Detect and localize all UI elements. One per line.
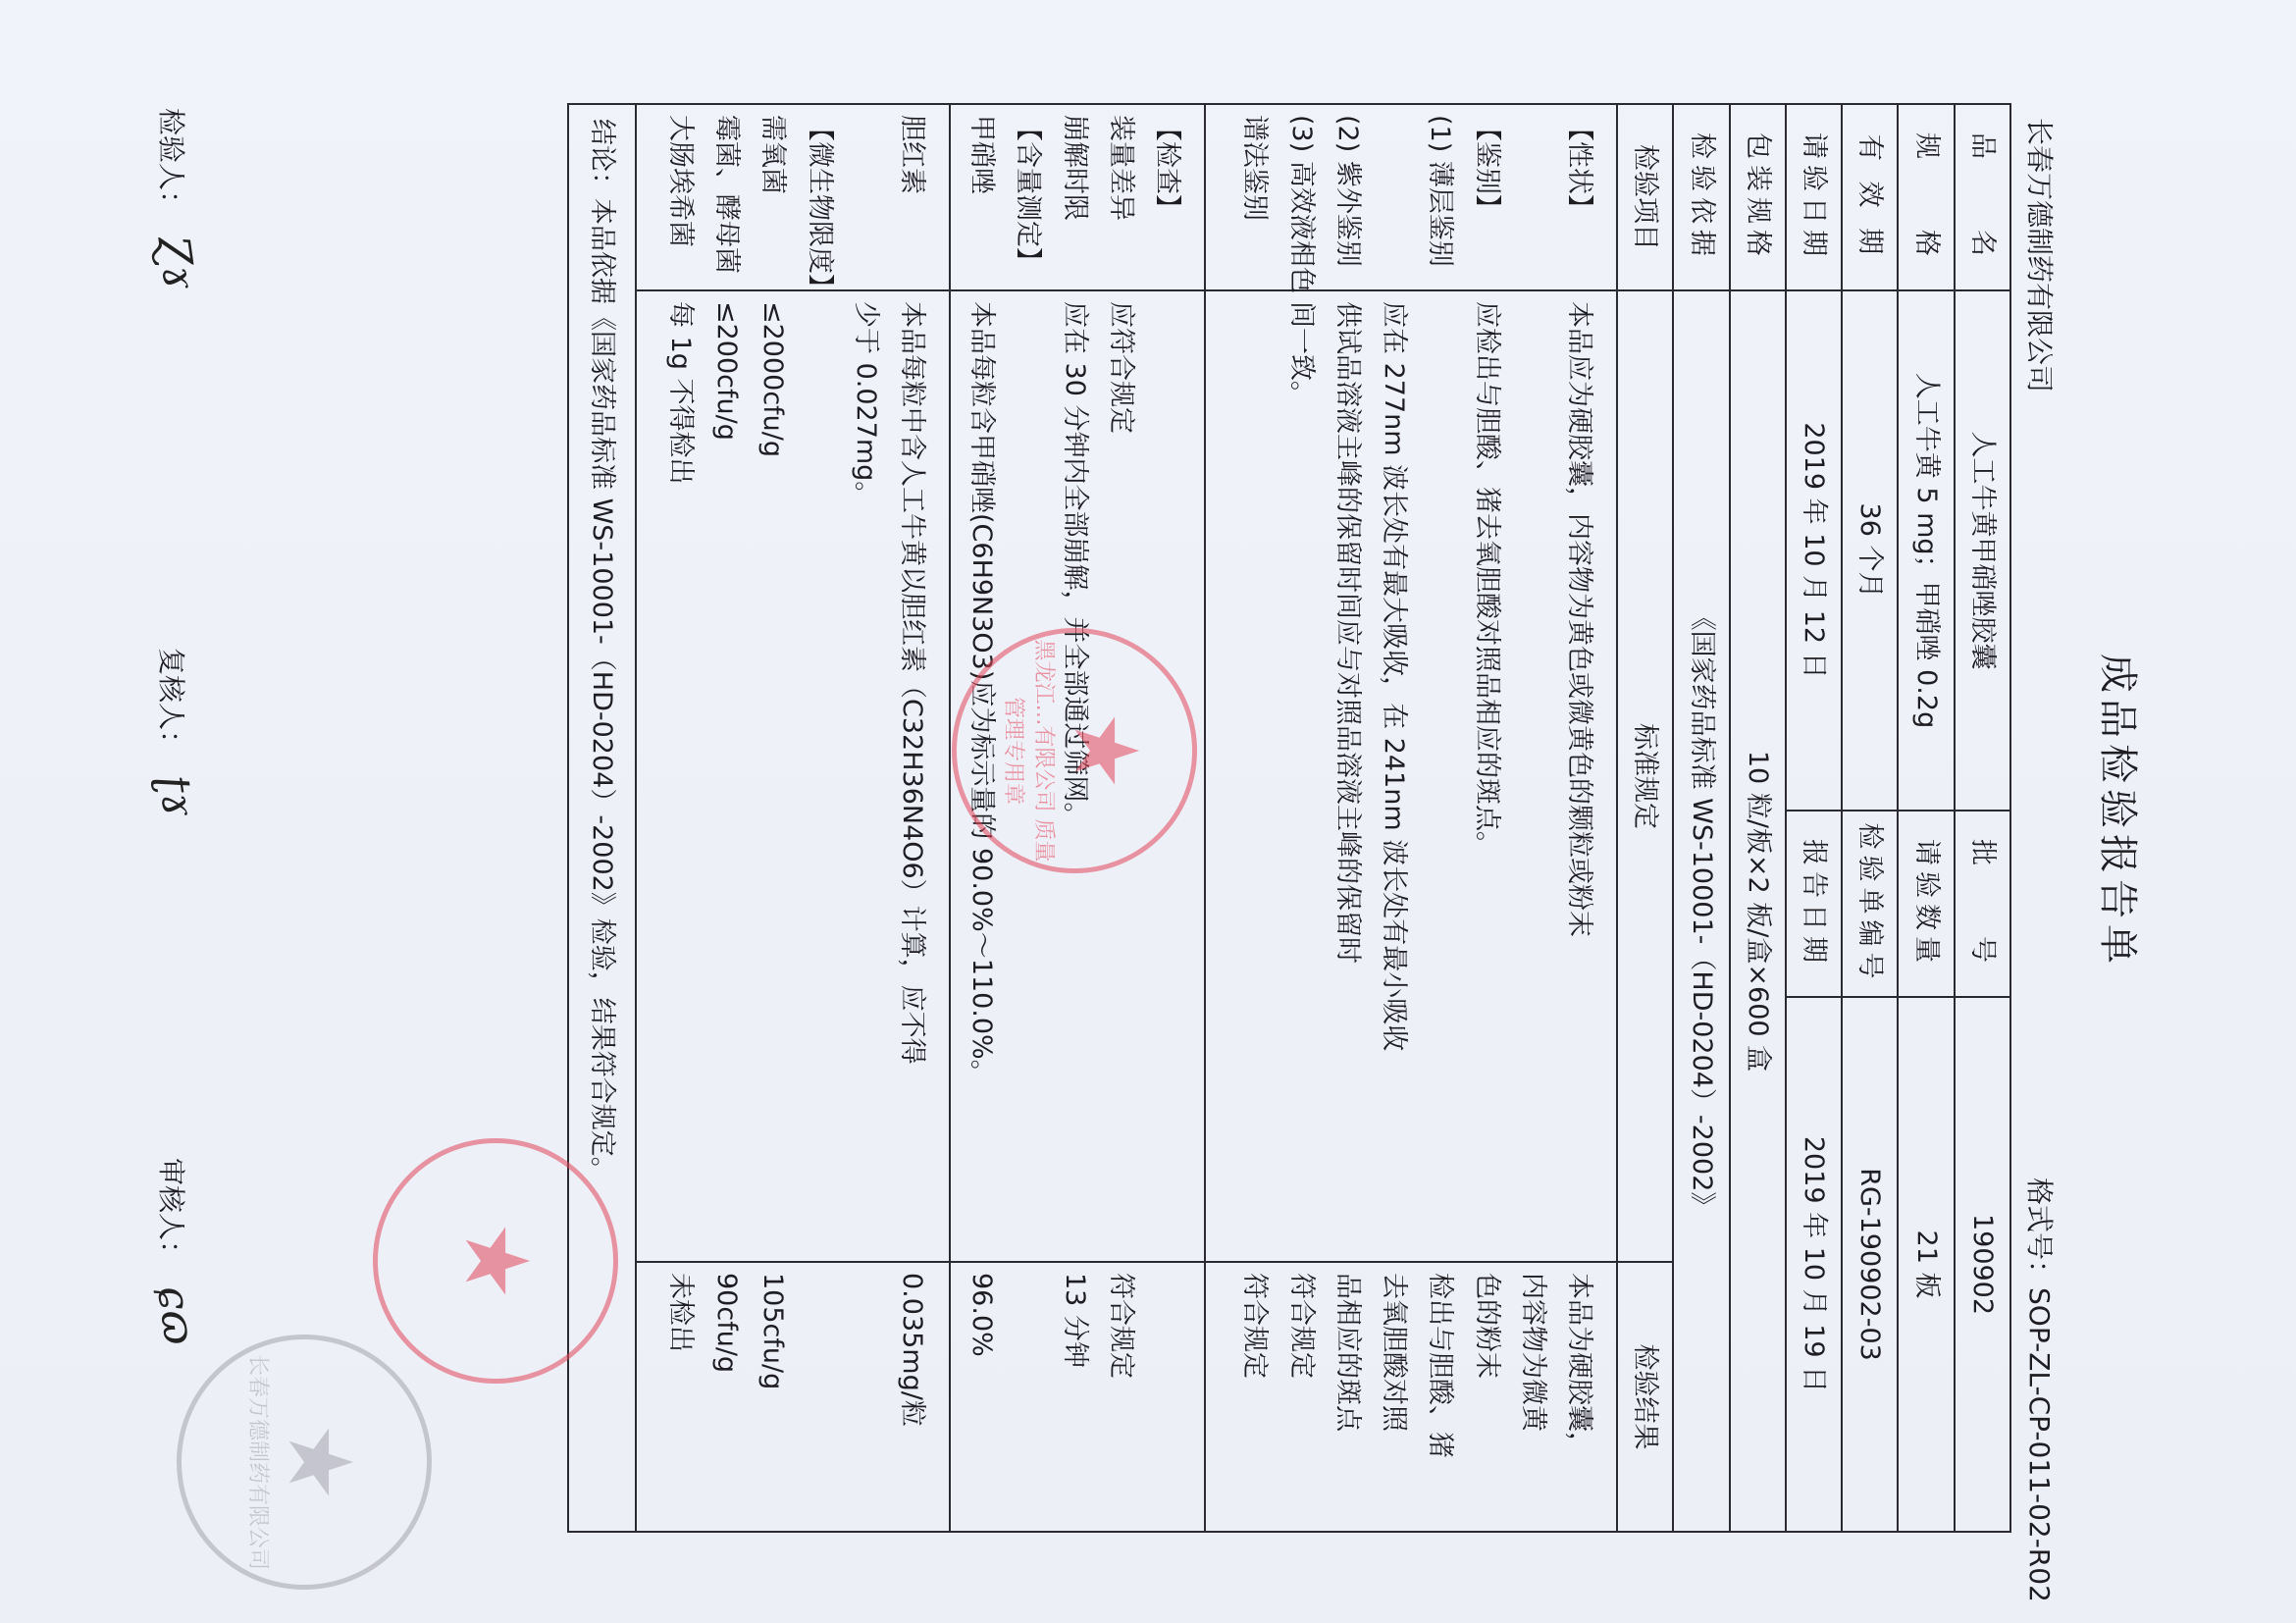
label-request-date: 请验日期 <box>1786 104 1842 290</box>
result-line: 0.035mg/粒 <box>889 1273 935 1521</box>
row-basis: 检验依据 《国家药品标准 WS-10001-（HD-0204）-2002》 <box>1674 104 1730 1532</box>
inspection-report-table: 品 名 人工牛黄甲硝唑胶囊 批 号 190902 规 格 人工牛黄 5 mg；甲… <box>567 103 2011 1533</box>
approver-handwritten-signature: ɕɷ <box>147 1283 205 1348</box>
standard-line: ≤200cfu/g <box>704 301 750 1251</box>
standard-line <box>1510 301 1556 1251</box>
test-item: 【检查】 <box>1144 115 1190 280</box>
result-line: 符合规定 <box>1278 1273 1325 1521</box>
standard-line: 应在 277nm 波长处有最大吸收，在 241nm 波长处有最小吸收 <box>1371 301 1417 1251</box>
test-item: 【性状】 <box>1556 115 1602 280</box>
test-item: 【微生物限度】 <box>797 115 843 280</box>
result-line: 品相应的斑点 <box>1325 1273 1371 1521</box>
section-row: 胆红素 【微生物限度】需氧菌霉菌、酵母菌大肠埃希菌 本品每粒中含人工牛黄以胆红素… <box>636 104 950 1532</box>
section-standards: 本品每粒中含人工牛黄以胆红素（C32H36N4O6）计算，应不得少于 0.027… <box>636 290 950 1262</box>
result-line: 本品为硬胶囊， <box>1556 1273 1602 1521</box>
test-item: 装量差异 <box>1098 115 1144 280</box>
standard-line <box>797 301 843 1251</box>
section-standards: 本品应为硬胶囊，内容物为黄色或微黄色的颗粒或粉末 应检出与胆酸、猪去氧胆酸对照品… <box>1205 290 1617 1262</box>
standard-line: 应检出与胆酸、猪去氧胆酸对照品相应的斑点。 <box>1464 301 1510 1251</box>
reviewer-signature: 复核人：ʈɤ <box>151 648 201 817</box>
standard-line: ≤2000cfu/g <box>750 301 796 1251</box>
section-results: 本品为硬胶囊，内容物为微黄色的粉末检出与胆酸、猪去氧胆酸对照品相应的斑点符合规定… <box>1205 1262 1617 1532</box>
result-line: 检出与胆酸、猪 <box>1417 1273 1463 1521</box>
form-number-label: 格式号： <box>2023 1178 2056 1287</box>
label-packaging: 包装规格 <box>1730 104 1786 290</box>
standard-line <box>1005 301 1051 1251</box>
form-number-value: SOP-ZL-CP-011-02-R02 <box>2023 1287 2056 1602</box>
test-item: 霉菌、酵母菌 <box>704 115 750 280</box>
inspector-label: 检验人： <box>155 108 187 218</box>
label-validity: 有 效 期 <box>1842 104 1898 290</box>
gray-stamp-text: 长春万德制药有限公司 <box>245 1354 276 1570</box>
test-item: 【鉴别】 <box>1464 115 1510 280</box>
result-line <box>797 1273 843 1521</box>
standard-line: 应符合规定 <box>1098 301 1144 1251</box>
standard-line: 本品每粒含甲硝唑(C6H9N3O3)应为标示量的 90.0%～110.0%。 <box>959 301 1005 1251</box>
test-item: 大肠埃希菌 <box>657 115 704 280</box>
form-number: 格式号：SOP-ZL-CP-011-02-R02 <box>2021 1178 2061 1602</box>
approver-label: 审核人： <box>155 1158 187 1268</box>
value-basis: 《国家药品标准 WS-10001-（HD-0204）-2002》 <box>1674 290 1730 1532</box>
reviewer-label: 复核人： <box>155 648 187 758</box>
test-item: 需氧菌 <box>750 115 796 280</box>
value-report-date: 2019 年 10 月 19 日 <box>1786 997 1842 1532</box>
value-request-quantity: 21 板 <box>1899 997 1955 1532</box>
result-line: 内容物为微黄 <box>1510 1273 1556 1521</box>
value-inspection-no: RG-190902-03 <box>1842 997 1898 1532</box>
test-item: 甲硝唑 <box>959 115 1005 280</box>
header-item: 检验项目 <box>1617 104 1673 290</box>
value-specification: 人工牛黄 5 mg；甲硝唑 0.2g <box>1899 290 1955 811</box>
standard-line: 应在 30 分钟内全部崩解，并全部通过筛网。 <box>1052 301 1098 1251</box>
label-specification: 规 格 <box>1899 104 1955 290</box>
row-validity: 有 效 期 36 个月 检验单编号 RG-190902-03 <box>1842 104 1898 1532</box>
standard-line: 供试品溶液主峰的保留时间应与对照品溶液主峰的保留时 <box>1325 301 1371 1251</box>
standard-line: 本品应为硬胶囊，内容物为黄色或微黄色的颗粒或粉末 <box>1556 301 1602 1251</box>
standard-line: 少于 0.027mg。 <box>843 301 889 1251</box>
result-line <box>843 1273 889 1521</box>
standard-line: 本品每粒中含人工牛黄以胆红素（C32H36N4O6）计算，应不得 <box>889 301 935 1251</box>
section-row: 【检查】装量差异崩解时限【含量测定】甲硝唑 应符合规定应在 30 分钟内全部崩解… <box>950 104 1205 1532</box>
row-request-date: 请验日期 2019 年 10 月 12 日 报告日期 2019 年 10 月 1… <box>1786 104 1842 1532</box>
label-basis: 检验依据 <box>1674 104 1730 290</box>
standard-line <box>1417 301 1463 1251</box>
row-product-name: 品 名 人工牛黄甲硝唑胶囊 批 号 190902 <box>1955 104 2010 1532</box>
value-validity: 36 个月 <box>1842 290 1898 811</box>
result-line: 符合规定 <box>1098 1273 1144 1521</box>
section-row: 【性状】 【鉴别】(1) 薄层鉴别 (2) 紫外鉴别(3) 高效液相色谱法鉴别 … <box>1205 104 1617 1532</box>
result-line <box>1144 1273 1190 1521</box>
result-line: 去氧胆酸对照 <box>1371 1273 1417 1521</box>
result-line: 13 分钟 <box>1052 1273 1098 1521</box>
result-line: 色的粉末 <box>1464 1273 1510 1521</box>
label-product-name: 品 名 <box>1955 104 2010 290</box>
stamp-star-icon: ★ <box>451 1222 540 1301</box>
test-item: 崩解时限 <box>1052 115 1098 280</box>
test-item: 胆红素 <box>889 115 935 280</box>
result-line <box>1005 1273 1051 1521</box>
result-line: 未检出 <box>657 1273 704 1521</box>
row-specification: 规 格 人工牛黄 5 mg；甲硝唑 0.2g 请验数量 21 板 <box>1899 104 1955 1532</box>
approver-signature: 审核人：ɕɷ <box>151 1158 201 1345</box>
label-inspection-no: 检验单编号 <box>1842 811 1898 997</box>
row-column-headers: 检验项目 标准规定 检验结果 <box>1617 104 1673 1532</box>
result-line: 90cfu/g <box>704 1273 750 1521</box>
section-standards: 应符合规定应在 30 分钟内全部崩解，并全部通过筛网。 本品每粒含甲硝唑(C6H… <box>950 290 1205 1262</box>
header-standard: 标准规定 <box>1617 290 1673 1262</box>
test-item: (1) 薄层鉴别 <box>1417 115 1463 280</box>
section-items: 【性状】 【鉴别】(1) 薄层鉴别 (2) 紫外鉴别(3) 高效液相色谱法鉴别 <box>1205 104 1617 290</box>
value-request-date: 2019 年 10 月 12 日 <box>1786 290 1842 811</box>
test-item: 【含量测定】 <box>1005 115 1051 280</box>
test-item <box>1371 115 1417 280</box>
header-result: 检验结果 <box>1617 1262 1673 1532</box>
standard-line <box>1144 301 1190 1251</box>
inspector-handwritten-signature: Ɀɤ <box>147 233 204 293</box>
test-item: (2) 紫外鉴别 <box>1325 115 1371 280</box>
value-packaging: 10 粒/板×2 板/盒×600 盒 <box>1730 290 1786 1532</box>
section-results: 0.035mg/粒 105cfu/g90cfu/g未检出 <box>636 1262 950 1532</box>
value-product-name: 人工牛黄甲硝唑胶囊 <box>1955 290 2010 811</box>
test-item <box>843 115 889 280</box>
company-name: 长春万德制药有限公司 <box>2021 118 2061 393</box>
conclusion-text: 结论：本品依据《国家药品标准 WS-10001-（HD-0204）-2002》检… <box>568 104 636 1532</box>
label-report-date: 报告日期 <box>1786 811 1842 997</box>
result-line: 105cfu/g <box>750 1273 796 1521</box>
standard-line: 每 1g 不得检出 <box>657 301 704 1251</box>
result-line: 96.0% <box>959 1273 1005 1521</box>
inspector-signature: 检验人：Ɀɤ <box>151 108 201 289</box>
reviewer-handwritten-signature: ʈɤ <box>148 772 203 820</box>
test-item <box>1510 115 1556 280</box>
result-line: 符合规定 <box>1231 1273 1278 1521</box>
rotated-report-page: 成品检验报告单 长春万德制药有限公司 格式号：SOP-ZL-CP-011-02-… <box>0 0 2296 1623</box>
value-batch-no: 190902 <box>1955 997 2010 1532</box>
row-packaging: 包装规格 10 粒/板×2 板/盒×600 盒 <box>1730 104 1786 1532</box>
label-batch-no: 批 号 <box>1955 811 2010 997</box>
label-request-quantity: 请验数量 <box>1899 811 1955 997</box>
stamp-star-icon: ★ <box>276 1423 364 1502</box>
section-results: 符合规定13 分钟 96.0% <box>950 1262 1205 1532</box>
standard-line: 间一致。 <box>1278 301 1325 1251</box>
section-items: 【检查】装量差异崩解时限【含量测定】甲硝唑 <box>950 104 1205 290</box>
report-title: 成品检验报告单 <box>2093 0 2149 1623</box>
section-items: 胆红素 【微生物限度】需氧菌霉菌、酵母菌大肠埃希菌 <box>636 104 950 290</box>
gray-company-stamp: ★ 长春万德制药有限公司 <box>177 1335 432 1590</box>
row-conclusion: 结论：本品依据《国家药品标准 WS-10001-（HD-0204）-2002》检… <box>568 104 636 1532</box>
test-item: (3) 高效液相色 <box>1278 115 1325 280</box>
test-item: 谱法鉴别 <box>1231 115 1278 280</box>
